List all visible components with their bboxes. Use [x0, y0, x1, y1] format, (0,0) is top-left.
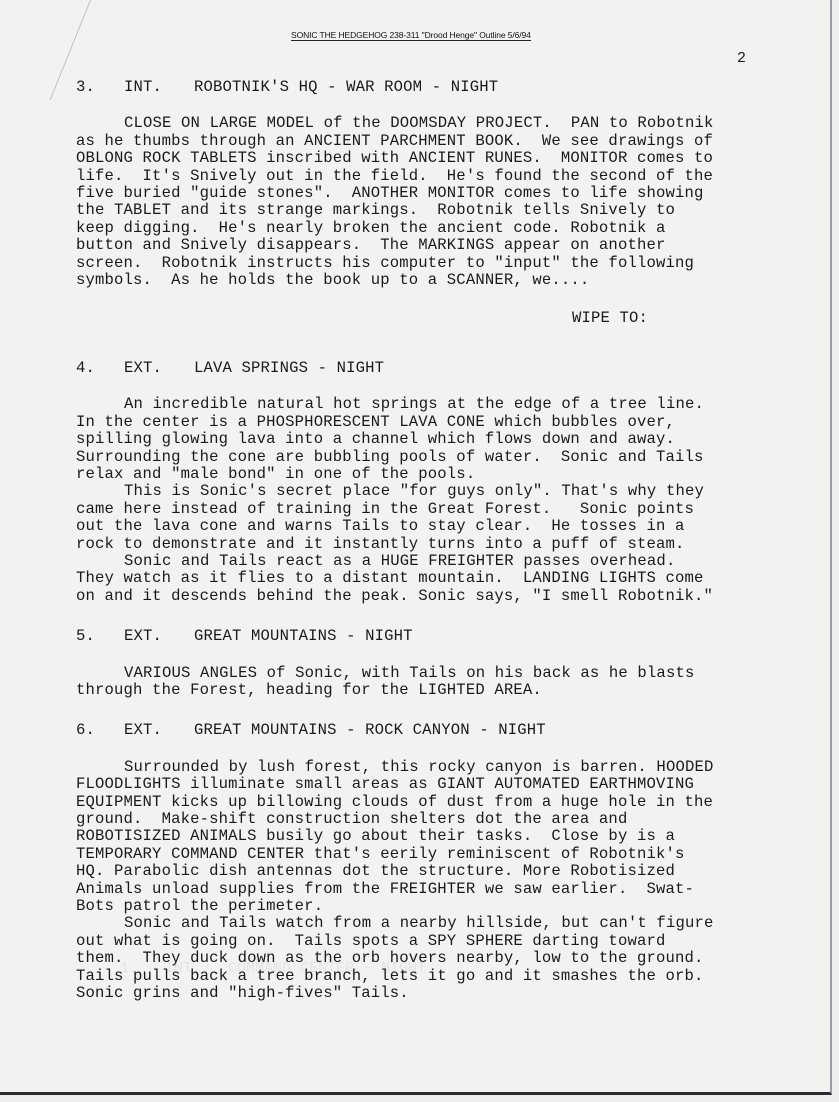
- text-line: rock to demonstrate and it instantly tur…: [76, 536, 776, 553]
- document-page: SONIC THE HEDGEHOG 238-311 "Drood Henge"…: [0, 0, 832, 1095]
- scene-heading: 6.EXT.GREAT MOUNTAINS - ROCK CANYON - NI…: [76, 722, 776, 739]
- text-line: Sonic grins and "high-fives" Tails.: [76, 985, 776, 1002]
- scene-number: 3.: [76, 79, 124, 96]
- scene-heading: 5.EXT.GREAT MOUNTAINS - NIGHT: [76, 628, 776, 645]
- document-body: 3.INT.ROBOTNIK'S HQ - WAR ROOM - NIGHTCL…: [76, 79, 776, 1002]
- text-line: Animals unload supplies from the FREIGHT…: [76, 881, 776, 898]
- scene-paragraph: An incredible natural hot springs at the…: [76, 396, 776, 483]
- text-line: FLOODLIGHTS illuminate small areas as GI…: [76, 776, 776, 793]
- scene-type: EXT.: [124, 628, 194, 645]
- text-line: through the Forest, heading for the LIGH…: [76, 682, 776, 699]
- text-line: This is Sonic's secret place "for guys o…: [76, 483, 776, 500]
- scene-type: EXT.: [124, 360, 194, 377]
- scene-paragraph: Sonic and Tails watch from a nearby hill…: [76, 915, 776, 1002]
- text-line: out the lava cone and warns Tails to sta…: [76, 518, 776, 535]
- scene-paragraph: VARIOUS ANGLES of Sonic, with Tails on h…: [76, 665, 776, 700]
- scene-heading: 4.EXT.LAVA SPRINGS - NIGHT: [76, 360, 776, 377]
- text-line: EQUIPMENT kicks up billowing clouds of d…: [76, 794, 776, 811]
- scene-location: GREAT MOUNTAINS - ROCK CANYON - NIGHT: [194, 722, 546, 739]
- scene-4: 6.EXT.GREAT MOUNTAINS - ROCK CANYON - NI…: [76, 722, 776, 1002]
- text-line: as he thumbs through an ANCIENT PARCHMEN…: [76, 133, 776, 150]
- text-line: CLOSE ON LARGE MODEL of the DOOMSDAY PRO…: [76, 115, 776, 132]
- text-line: Tails pulls back a tree branch, lets it …: [76, 968, 776, 985]
- scene-type: INT.: [124, 79, 194, 96]
- text-line: An incredible natural hot springs at the…: [76, 396, 776, 413]
- scene-number: 4.: [76, 360, 124, 377]
- scene-location: GREAT MOUNTAINS - NIGHT: [194, 628, 413, 645]
- text-line: spilling glowing lava into a channel whi…: [76, 431, 776, 448]
- scene-paragraph: Sonic and Tails react as a HUGE FREIGHTE…: [76, 553, 776, 605]
- text-line: them. They duck down as the orb hovers n…: [76, 950, 776, 967]
- text-line: screen. Robotnik instructs his computer …: [76, 255, 776, 272]
- text-line: Surrounded by lush forest, this rocky ca…: [76, 759, 776, 776]
- scene-location: ROBOTNIK'S HQ - WAR ROOM - NIGHT: [194, 79, 498, 96]
- scene-3: 5.EXT.GREAT MOUNTAINS - NIGHTVARIOUS ANG…: [76, 628, 776, 699]
- text-line: out what is going on. Tails spots a SPY …: [76, 933, 776, 950]
- text-line: symbols. As he holds the book up to a SC…: [76, 272, 776, 289]
- text-line: In the center is a PHOSPHORESCENT LAVA C…: [76, 414, 776, 431]
- scene-number: 6.: [76, 722, 124, 739]
- text-line: came here instead of training in the Gre…: [76, 501, 776, 518]
- text-line: They watch as it flies to a distant moun…: [76, 570, 776, 587]
- text-line: Sonic and Tails react as a HUGE FREIGHTE…: [76, 553, 776, 570]
- text-line: relax and "male bond" in one of the pool…: [76, 466, 776, 483]
- scene-type: EXT.: [124, 722, 194, 739]
- text-line: TEMPORARY COMMAND CENTER that's eerily r…: [76, 846, 776, 863]
- scene-paragraph: This is Sonic's secret place "for guys o…: [76, 483, 776, 553]
- scene-transition: WIPE TO:: [76, 310, 776, 327]
- text-line: ROBOTISIZED ANIMALS busily go about thei…: [76, 828, 776, 845]
- text-line: VARIOUS ANGLES of Sonic, with Tails on h…: [76, 665, 776, 682]
- text-line: on and it descends behind the peak. Soni…: [76, 588, 776, 605]
- text-line: life. It's Snively out in the field. He'…: [76, 168, 776, 185]
- text-line: HQ. Parabolic dish antennas dot the stru…: [76, 863, 776, 880]
- scene-number: 5.: [76, 628, 124, 645]
- document-header: SONIC THE HEDGEHOG 238-311 "Drood Henge"…: [291, 30, 531, 41]
- scene-heading: 3.INT.ROBOTNIK'S HQ - WAR ROOM - NIGHT: [76, 79, 776, 96]
- text-line: ground. Make-shift construction shelters…: [76, 811, 776, 828]
- text-line: Surrounding the cone are bubbling pools …: [76, 449, 776, 466]
- scene-paragraph: CLOSE ON LARGE MODEL of the DOOMSDAY PRO…: [76, 115, 776, 289]
- scene-2: 4.EXT.LAVA SPRINGS - NIGHTAn incredible …: [76, 360, 776, 605]
- text-line: button and Snively disappears. The MARKI…: [76, 237, 776, 254]
- text-line: Bots patrol the perimeter.: [76, 898, 776, 915]
- scene-1: 3.INT.ROBOTNIK'S HQ - WAR ROOM - NIGHTCL…: [76, 79, 776, 328]
- text-line: five buried "guide stones". ANOTHER MONI…: [76, 185, 776, 202]
- scene-location: LAVA SPRINGS - NIGHT: [194, 360, 384, 377]
- text-line: keep digging. He's nearly broken the anc…: [76, 220, 776, 237]
- page-number: 2: [737, 50, 746, 67]
- text-line: the TABLET and its strange markings. Rob…: [76, 202, 776, 219]
- text-line: Sonic and Tails watch from a nearby hill…: [76, 915, 776, 932]
- scene-paragraph: Surrounded by lush forest, this rocky ca…: [76, 759, 776, 916]
- text-line: OBLONG ROCK TABLETS inscribed with ANCIE…: [76, 150, 776, 167]
